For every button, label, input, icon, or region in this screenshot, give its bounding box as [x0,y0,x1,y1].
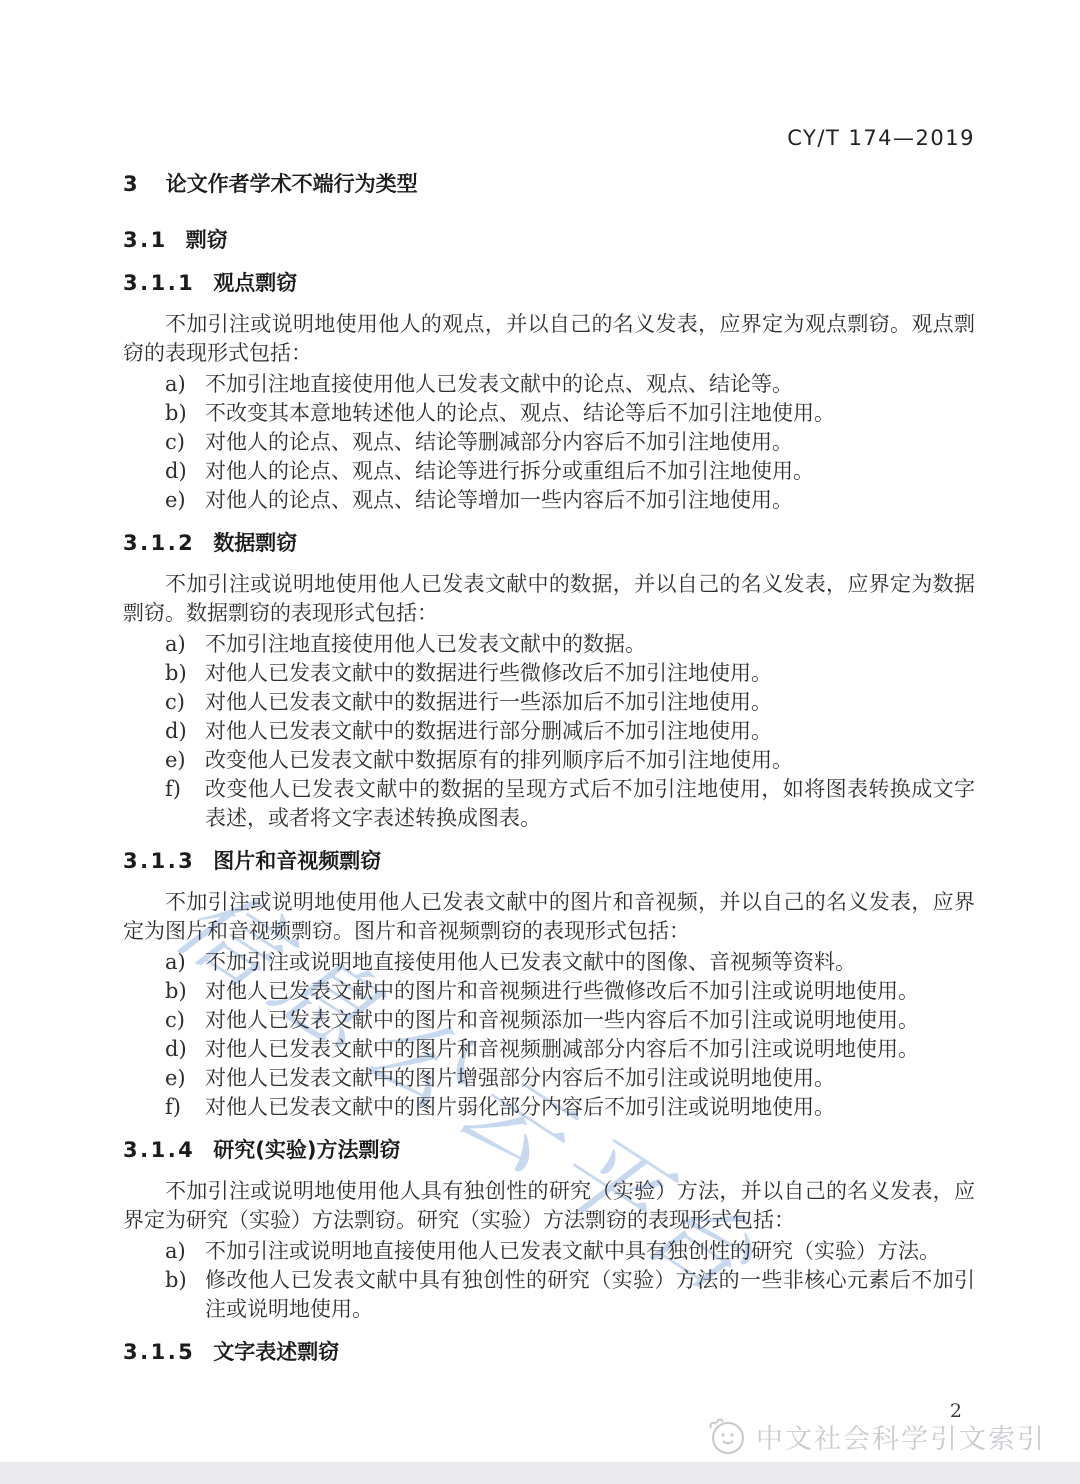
subsection-number: 3.1.3 [123,849,195,873]
clause-text: 改变他人已发表文献中的数据的呈现方式后不加引注地使用，如将图表转换成文字表述，或… [205,775,975,833]
footer-watermark: 中文社会科学引文索引 [704,1414,1046,1458]
clause-item: a)不加引注或说明地直接使用他人已发表文献中的图像、音视频等资料。 [123,948,975,977]
clause-item: c)对他人已发表文献中的图片和音视频添加一些内容后不加引注或说明地使用。 [123,1006,975,1035]
subsection-heading: 3.1.4研究(实验)方法剽窃 [123,1136,975,1165]
clause-label: f) [165,1093,205,1122]
clause-item: e)改变他人已发表文献中数据原有的排列顺序后不加引注地使用。 [123,746,975,775]
footer-brand-text: 中文社会科学引文索引 [756,1417,1046,1456]
clause-item: b)对他人已发表文献中的数据进行些微修改后不加引注地使用。 [123,659,975,688]
clause-label: e) [165,486,205,515]
scan-edge-strip [0,1462,1080,1484]
subsection-number: 3.1.2 [123,531,195,555]
clause-text: 对他人已发表文献中的图片和音视频进行些微修改后不加引注或说明地使用。 [205,977,975,1006]
clause-list: a)不加引注地直接使用他人已发表文献中的论点、观点、结论等。b)不改变其本意地转… [123,370,975,515]
cssci-logo-icon [704,1414,748,1458]
clause-text: 不加引注地直接使用他人已发表文献中的论点、观点、结论等。 [205,370,975,399]
subsection-title: 研究(实验)方法剽窃 [213,1138,400,1162]
clause-list: a)不加引注或说明地直接使用他人已发表文献中的图像、音视频等资料。b)对他人已发… [123,948,975,1122]
chapter-heading: 3论文作者学术不端行为类型 [123,170,975,199]
clause-text: 对他人的论点、观点、结论等进行拆分或重组后不加引注地使用。 [205,457,975,486]
clause-item: a)不加引注地直接使用他人已发表文献中的论点、观点、结论等。 [123,370,975,399]
chapter-number: 3 [123,172,140,196]
subsection-heading: 3.1.5文字表述剽窃 [123,1338,975,1367]
subsection-title: 观点剽窃 [213,271,297,295]
subsection-intro: 不加引注或说明地使用他人已发表文献中的图片和音视频，并以自己的名义发表，应界定为… [123,888,975,946]
clause-list: a)不加引注地直接使用他人已发表文献中的数据。b)对他人已发表文献中的数据进行些… [123,630,975,833]
clause-label: c) [165,1006,205,1035]
subsection: 3.1.3图片和音视频剽窃不加引注或说明地使用他人已发表文献中的图片和音视频，并… [123,847,975,1122]
clause-text: 对他人已发表文献中的数据进行一些添加后不加引注地使用。 [205,688,975,717]
clause-label: b) [165,399,205,428]
subsection-title: 文字表述剽窃 [213,1340,339,1364]
clause-text: 对他人已发表文献中的图片和音视频删减部分内容后不加引注或说明地使用。 [205,1035,975,1064]
subsection-heading: 3.1.1观点剽窃 [123,269,975,298]
subsection: 3.1.5文字表述剽窃 [123,1338,975,1367]
clause-label: d) [165,717,205,746]
clause-item: e)对他人的论点、观点、结论等增加一些内容后不加引注地使用。 [123,486,975,515]
subsection-intro: 不加引注或说明地使用他人已发表文献中的数据，并以自己的名义发表，应界定为数据剽窃… [123,570,975,628]
clause-label: d) [165,1035,205,1064]
subsection-intro: 不加引注或说明地使用他人的观点，并以自己的名义发表，应界定为观点剽窃。观点剽窃的… [123,310,975,368]
subsection-title: 数据剽窃 [213,531,297,555]
subsection-number: 3.1.1 [123,271,195,295]
clause-label: e) [165,746,205,775]
section-heading: 3.1剽窃 [123,226,975,255]
chapter-title: 论文作者学术不端行为类型 [166,172,418,196]
clause-label: c) [165,428,205,457]
clause-item: f)改变他人已发表文献中的数据的呈现方式后不加引注地使用，如将图表转换成文字表述… [123,775,975,833]
subsection: 3.1.1观点剽窃不加引注或说明地使用他人的观点，并以自己的名义发表，应界定为观… [123,269,975,515]
clause-text: 对他人已发表文献中的图片弱化部分内容后不加引注或说明地使用。 [205,1093,975,1122]
clause-item: d)对他人已发表文献中的数据进行部分删减后不加引注地使用。 [123,717,975,746]
document-page: 信息公云平台 CY/T 174—2019 3论文作者学术不端行为类型 3.1剽窃… [0,0,1080,1484]
clause-item: c)对他人已发表文献中的数据进行一些添加后不加引注地使用。 [123,688,975,717]
clause-item: d)对他人的论点、观点、结论等进行拆分或重组后不加引注地使用。 [123,457,975,486]
clause-label: a) [165,370,205,399]
document-content: 3论文作者学术不端行为类型 3.1剽窃 3.1.1观点剽窃不加引注或说明地使用他… [123,170,975,1367]
clause-label: d) [165,457,205,486]
subsection: 3.1.2数据剽窃不加引注或说明地使用他人已发表文献中的数据，并以自己的名义发表… [123,529,975,833]
clause-text: 改变他人已发表文献中数据原有的排列顺序后不加引注地使用。 [205,746,975,775]
clause-text: 对他人已发表文献中的图片增强部分内容后不加引注或说明地使用。 [205,1064,975,1093]
subsection-number: 3.1.4 [123,1138,195,1162]
clause-item: a)不加引注或说明地直接使用他人已发表文献中具有独创性的研究（实验）方法。 [123,1237,975,1266]
subsection-list: 3.1.1观点剽窃不加引注或说明地使用他人的观点，并以自己的名义发表，应界定为观… [123,269,975,1367]
clause-item: b)对他人已发表文献中的图片和音视频进行些微修改后不加引注或说明地使用。 [123,977,975,1006]
clause-item: f)对他人已发表文献中的图片弱化部分内容后不加引注或说明地使用。 [123,1093,975,1122]
subsection-heading: 3.1.2数据剽窃 [123,529,975,558]
standard-number: CY/T 174—2019 [787,126,975,150]
clause-item: a)不加引注地直接使用他人已发表文献中的数据。 [123,630,975,659]
clause-label: f) [165,775,205,804]
section-title: 剽窃 [186,228,228,252]
subsection: 3.1.4研究(实验)方法剽窃不加引注或说明地使用他人具有独创性的研究（实验）方… [123,1136,975,1324]
subsection-heading: 3.1.3图片和音视频剽窃 [123,847,975,876]
clause-list: a)不加引注或说明地直接使用他人已发表文献中具有独创性的研究（实验）方法。b)修… [123,1237,975,1324]
clause-text: 修改他人已发表文献中具有独创性的研究（实验）方法的一些非核心元素后不加引注或说明… [205,1266,975,1324]
clause-text: 对他人已发表文献中的数据进行些微修改后不加引注地使用。 [205,659,975,688]
clause-item: c)对他人的论点、观点、结论等删减部分内容后不加引注地使用。 [123,428,975,457]
clause-text: 对他人的论点、观点、结论等删减部分内容后不加引注地使用。 [205,428,975,457]
subsection-title: 图片和音视频剽窃 [213,849,381,873]
clause-text: 不加引注或说明地直接使用他人已发表文献中具有独创性的研究（实验）方法。 [205,1237,975,1266]
clause-item: b)不改变其本意地转述他人的论点、观点、结论等后不加引注地使用。 [123,399,975,428]
clause-label: a) [165,630,205,659]
clause-text: 对他人已发表文献中的图片和音视频添加一些内容后不加引注或说明地使用。 [205,1006,975,1035]
clause-label: b) [165,1266,205,1295]
clause-text: 对他人的论点、观点、结论等增加一些内容后不加引注地使用。 [205,486,975,515]
clause-text: 不加引注地直接使用他人已发表文献中的数据。 [205,630,975,659]
clause-item: d)对他人已发表文献中的图片和音视频删减部分内容后不加引注或说明地使用。 [123,1035,975,1064]
clause-text: 不改变其本意地转述他人的论点、观点、结论等后不加引注地使用。 [205,399,975,428]
clause-label: b) [165,659,205,688]
clause-label: a) [165,1237,205,1266]
clause-item: e)对他人已发表文献中的图片增强部分内容后不加引注或说明地使用。 [123,1064,975,1093]
clause-item: b)修改他人已发表文献中具有独创性的研究（实验）方法的一些非核心元素后不加引注或… [123,1266,975,1324]
clause-label: c) [165,688,205,717]
subsection-number: 3.1.5 [123,1340,195,1364]
section-number: 3.1 [123,228,168,252]
clause-text: 不加引注或说明地直接使用他人已发表文献中的图像、音视频等资料。 [205,948,975,977]
clause-text: 对他人已发表文献中的数据进行部分删减后不加引注地使用。 [205,717,975,746]
subsection-intro: 不加引注或说明地使用他人具有独创性的研究（实验）方法，并以自己的名义发表，应界定… [123,1177,975,1235]
clause-label: a) [165,948,205,977]
clause-label: e) [165,1064,205,1093]
clause-label: b) [165,977,205,1006]
